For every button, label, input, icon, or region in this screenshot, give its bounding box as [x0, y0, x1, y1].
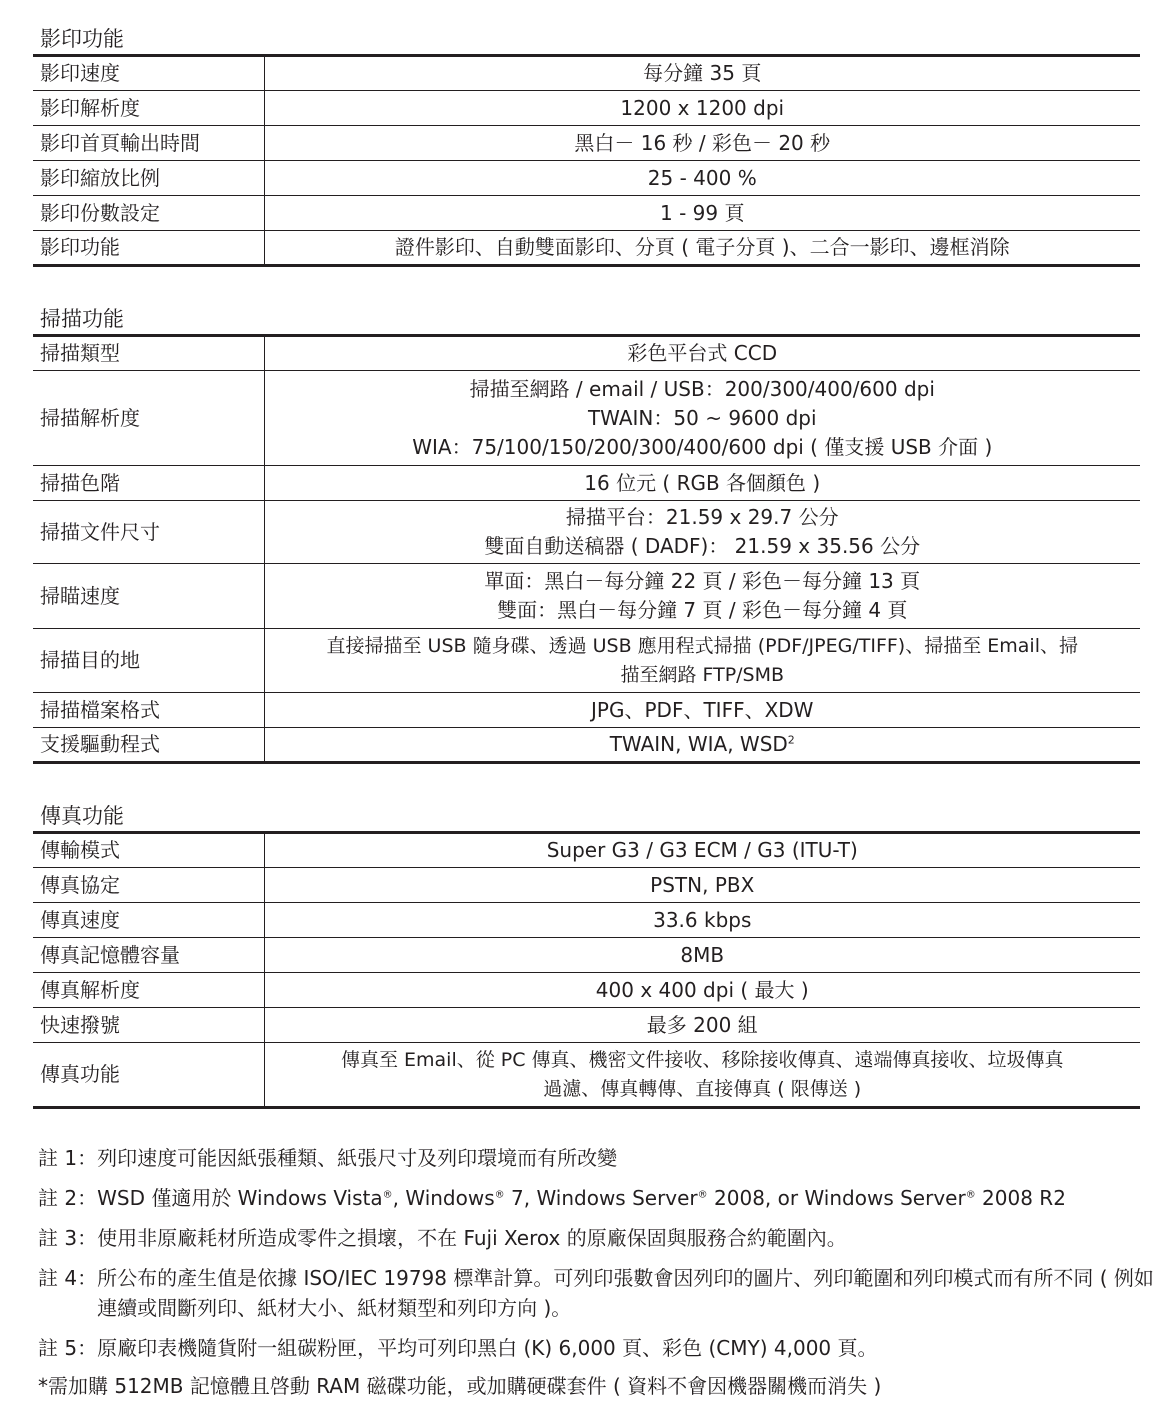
table-row: 支援驅動程式TWAIN, WIA, WSD2 — [33, 728, 1140, 763]
fax-section-title: 傳真功能 — [40, 803, 124, 829]
row-label: 掃描解析度 — [33, 371, 264, 466]
table-row: 掃描檔案格式JPG、PDF、TIFF、XDW — [33, 693, 1140, 728]
row-label: 掃瞄速度 — [33, 564, 264, 629]
row-label: 支援驅動程式 — [33, 728, 264, 763]
row-value: JPG、PDF、TIFF、XDW — [264, 693, 1140, 728]
row-value: 400 x 400 dpi ( 最大 ) — [264, 973, 1140, 1008]
note-2: 註 2：WSD 僅適用於 Windows Vista®, Windows® 7,… — [38, 1183, 1158, 1213]
table-row: 快速撥號最多 200 組 — [33, 1008, 1140, 1043]
table-row: 影印解析度1200 x 1200 dpi — [33, 91, 1140, 126]
row-label: 掃描檔案格式 — [33, 693, 264, 728]
row-value: 25 - 400 % — [264, 161, 1140, 196]
footnote-marker: 2 — [788, 733, 795, 746]
copy-section-title: 影印功能 — [40, 26, 124, 52]
row-value: 掃描至網路 / email / USB：200/300/400/600 dpiT… — [264, 371, 1140, 466]
table-row: 掃描文件尺寸掃描平台：21.59 x 29.7 公分雙面自動送稿器 ( DADF… — [33, 501, 1140, 564]
row-value: 彩色平台式 CCD — [264, 336, 1140, 371]
note-1: 註 1：列印速度可能因紙張種類、紙張尺寸及列印環境而有所改變 — [38, 1143, 1158, 1173]
scan-spec-table: 掃描類型彩色平台式 CCD 掃描解析度掃描至網路 / email / USB：2… — [33, 334, 1140, 764]
table-row: 掃描類型彩色平台式 CCD — [33, 336, 1140, 371]
table-row: 掃描解析度掃描至網路 / email / USB：200/300/400/600… — [33, 371, 1140, 466]
row-value: Super G3 / G3 ECM / G3 (ITU-T) — [264, 833, 1140, 868]
note-asterisk: * 需加購 512MB 記憶體且啓動 RAM 磁碟功能，或加購硬碟套件 ( 資料… — [38, 1371, 1158, 1401]
row-label: 掃描色階 — [33, 466, 264, 501]
row-value: 8MB — [264, 938, 1140, 973]
row-value: 每分鐘 35 頁 — [264, 56, 1140, 91]
scan-section-title: 掃描功能 — [40, 306, 124, 332]
row-value: 1200 x 1200 dpi — [264, 91, 1140, 126]
row-value: 證件影印、自動雙面影印、分頁 ( 電子分頁 )、二合一影印、邊框消除 — [264, 231, 1140, 266]
row-label: 傳真記憶體容量 — [33, 938, 264, 973]
row-value: 16 位元 ( RGB 各個顏色 ) — [264, 466, 1140, 501]
row-label: 影印縮放比例 — [33, 161, 264, 196]
row-label: 傳輸模式 — [33, 833, 264, 868]
row-label: 傳真功能 — [33, 1043, 264, 1108]
copy-spec-table: 影印速度每分鐘 35 頁 影印解析度1200 x 1200 dpi 影印首頁輸出… — [33, 54, 1140, 267]
table-row: 影印速度每分鐘 35 頁 — [33, 56, 1140, 91]
registered-mark: ® — [698, 1189, 708, 1200]
note-4: 註 4：所公布的產生值是依據 ISO/IEC 19798 標準計算。可列印張數會… — [38, 1263, 1158, 1323]
table-row: 傳真記憶體容量8MB — [33, 938, 1140, 973]
row-label: 傳真速度 — [33, 903, 264, 938]
table-row: 影印縮放比例25 - 400 % — [33, 161, 1140, 196]
table-row: 掃瞄速度單面：黑白－每分鐘 22 頁 / 彩色－每分鐘 13 頁雙面：黑白－每分… — [33, 564, 1140, 629]
table-row: 影印份數設定1 - 99 頁 — [33, 196, 1140, 231]
row-value: 單面：黑白－每分鐘 22 頁 / 彩色－每分鐘 13 頁雙面：黑白－每分鐘 7 … — [264, 564, 1140, 629]
row-value: TWAIN, WIA, WSD2 — [264, 728, 1140, 763]
row-label: 掃描文件尺寸 — [33, 501, 264, 564]
table-row: 掃描目的地直接掃描至 USB 隨身碟、透過 USB 應用程式掃描 (PDF/JP… — [33, 629, 1140, 693]
registered-mark: ® — [966, 1189, 976, 1200]
row-label: 影印功能 — [33, 231, 264, 266]
table-row: 傳真功能傳真至 Email、從 PC 傳真、機密文件接收、移除接收傳真、遠端傳真… — [33, 1043, 1140, 1108]
table-row: 傳真速度33.6 kbps — [33, 903, 1140, 938]
row-label: 掃描類型 — [33, 336, 264, 371]
row-value: 33.6 kbps — [264, 903, 1140, 938]
row-value: PSTN, PBX — [264, 868, 1140, 903]
row-value: 傳真至 Email、從 PC 傳真、機密文件接收、移除接收傳真、遠端傳真接收、垃… — [264, 1043, 1140, 1108]
row-label: 影印份數設定 — [33, 196, 264, 231]
row-label: 快速撥號 — [33, 1008, 264, 1043]
row-value: 1 - 99 頁 — [264, 196, 1140, 231]
table-row: 影印首頁輸出時間黑白－ 16 秒 / 彩色－ 20 秒 — [33, 126, 1140, 161]
row-value: 黑白－ 16 秒 / 彩色－ 20 秒 — [264, 126, 1140, 161]
row-label: 影印解析度 — [33, 91, 264, 126]
row-label: 傳真協定 — [33, 868, 264, 903]
row-value: 掃描平台：21.59 x 29.7 公分雙面自動送稿器 ( DADF)： 21.… — [264, 501, 1140, 564]
row-label: 掃描目的地 — [33, 629, 264, 693]
table-row: 傳真協定PSTN, PBX — [33, 868, 1140, 903]
table-row: 傳輸模式Super G3 / G3 ECM / G3 (ITU-T) — [33, 833, 1140, 868]
table-row: 傳真解析度400 x 400 dpi ( 最大 ) — [33, 973, 1140, 1008]
row-label: 傳真解析度 — [33, 973, 264, 1008]
row-label: 影印速度 — [33, 56, 264, 91]
table-row: 掃描色階16 位元 ( RGB 各個顏色 ) — [33, 466, 1140, 501]
row-value: 最多 200 組 — [264, 1008, 1140, 1043]
footnotes: 註 1：列印速度可能因紙張種類、紙張尺寸及列印環境而有所改變 註 2：WSD 僅… — [38, 1143, 1158, 1401]
row-label: 影印首頁輸出時間 — [33, 126, 264, 161]
row-value: 直接掃描至 USB 隨身碟、透過 USB 應用程式掃描 (PDF/JPEG/TI… — [264, 629, 1140, 693]
note-5: 註 5：原廠印表機隨貨附一組碳粉匣，平均可列印黑白 (K) 6,000 頁、彩色… — [38, 1333, 1158, 1363]
note-3: 註 3：使用非原廠耗材所造成零件之損壞，不在 Fuji Xerox 的原廠保固與… — [38, 1223, 1158, 1253]
table-row: 影印功能證件影印、自動雙面影印、分頁 ( 電子分頁 )、二合一影印、邊框消除 — [33, 231, 1140, 266]
registered-mark: ® — [383, 1189, 393, 1200]
registered-mark: ® — [495, 1189, 505, 1200]
fax-spec-table: 傳輸模式Super G3 / G3 ECM / G3 (ITU-T) 傳真協定P… — [33, 831, 1140, 1109]
